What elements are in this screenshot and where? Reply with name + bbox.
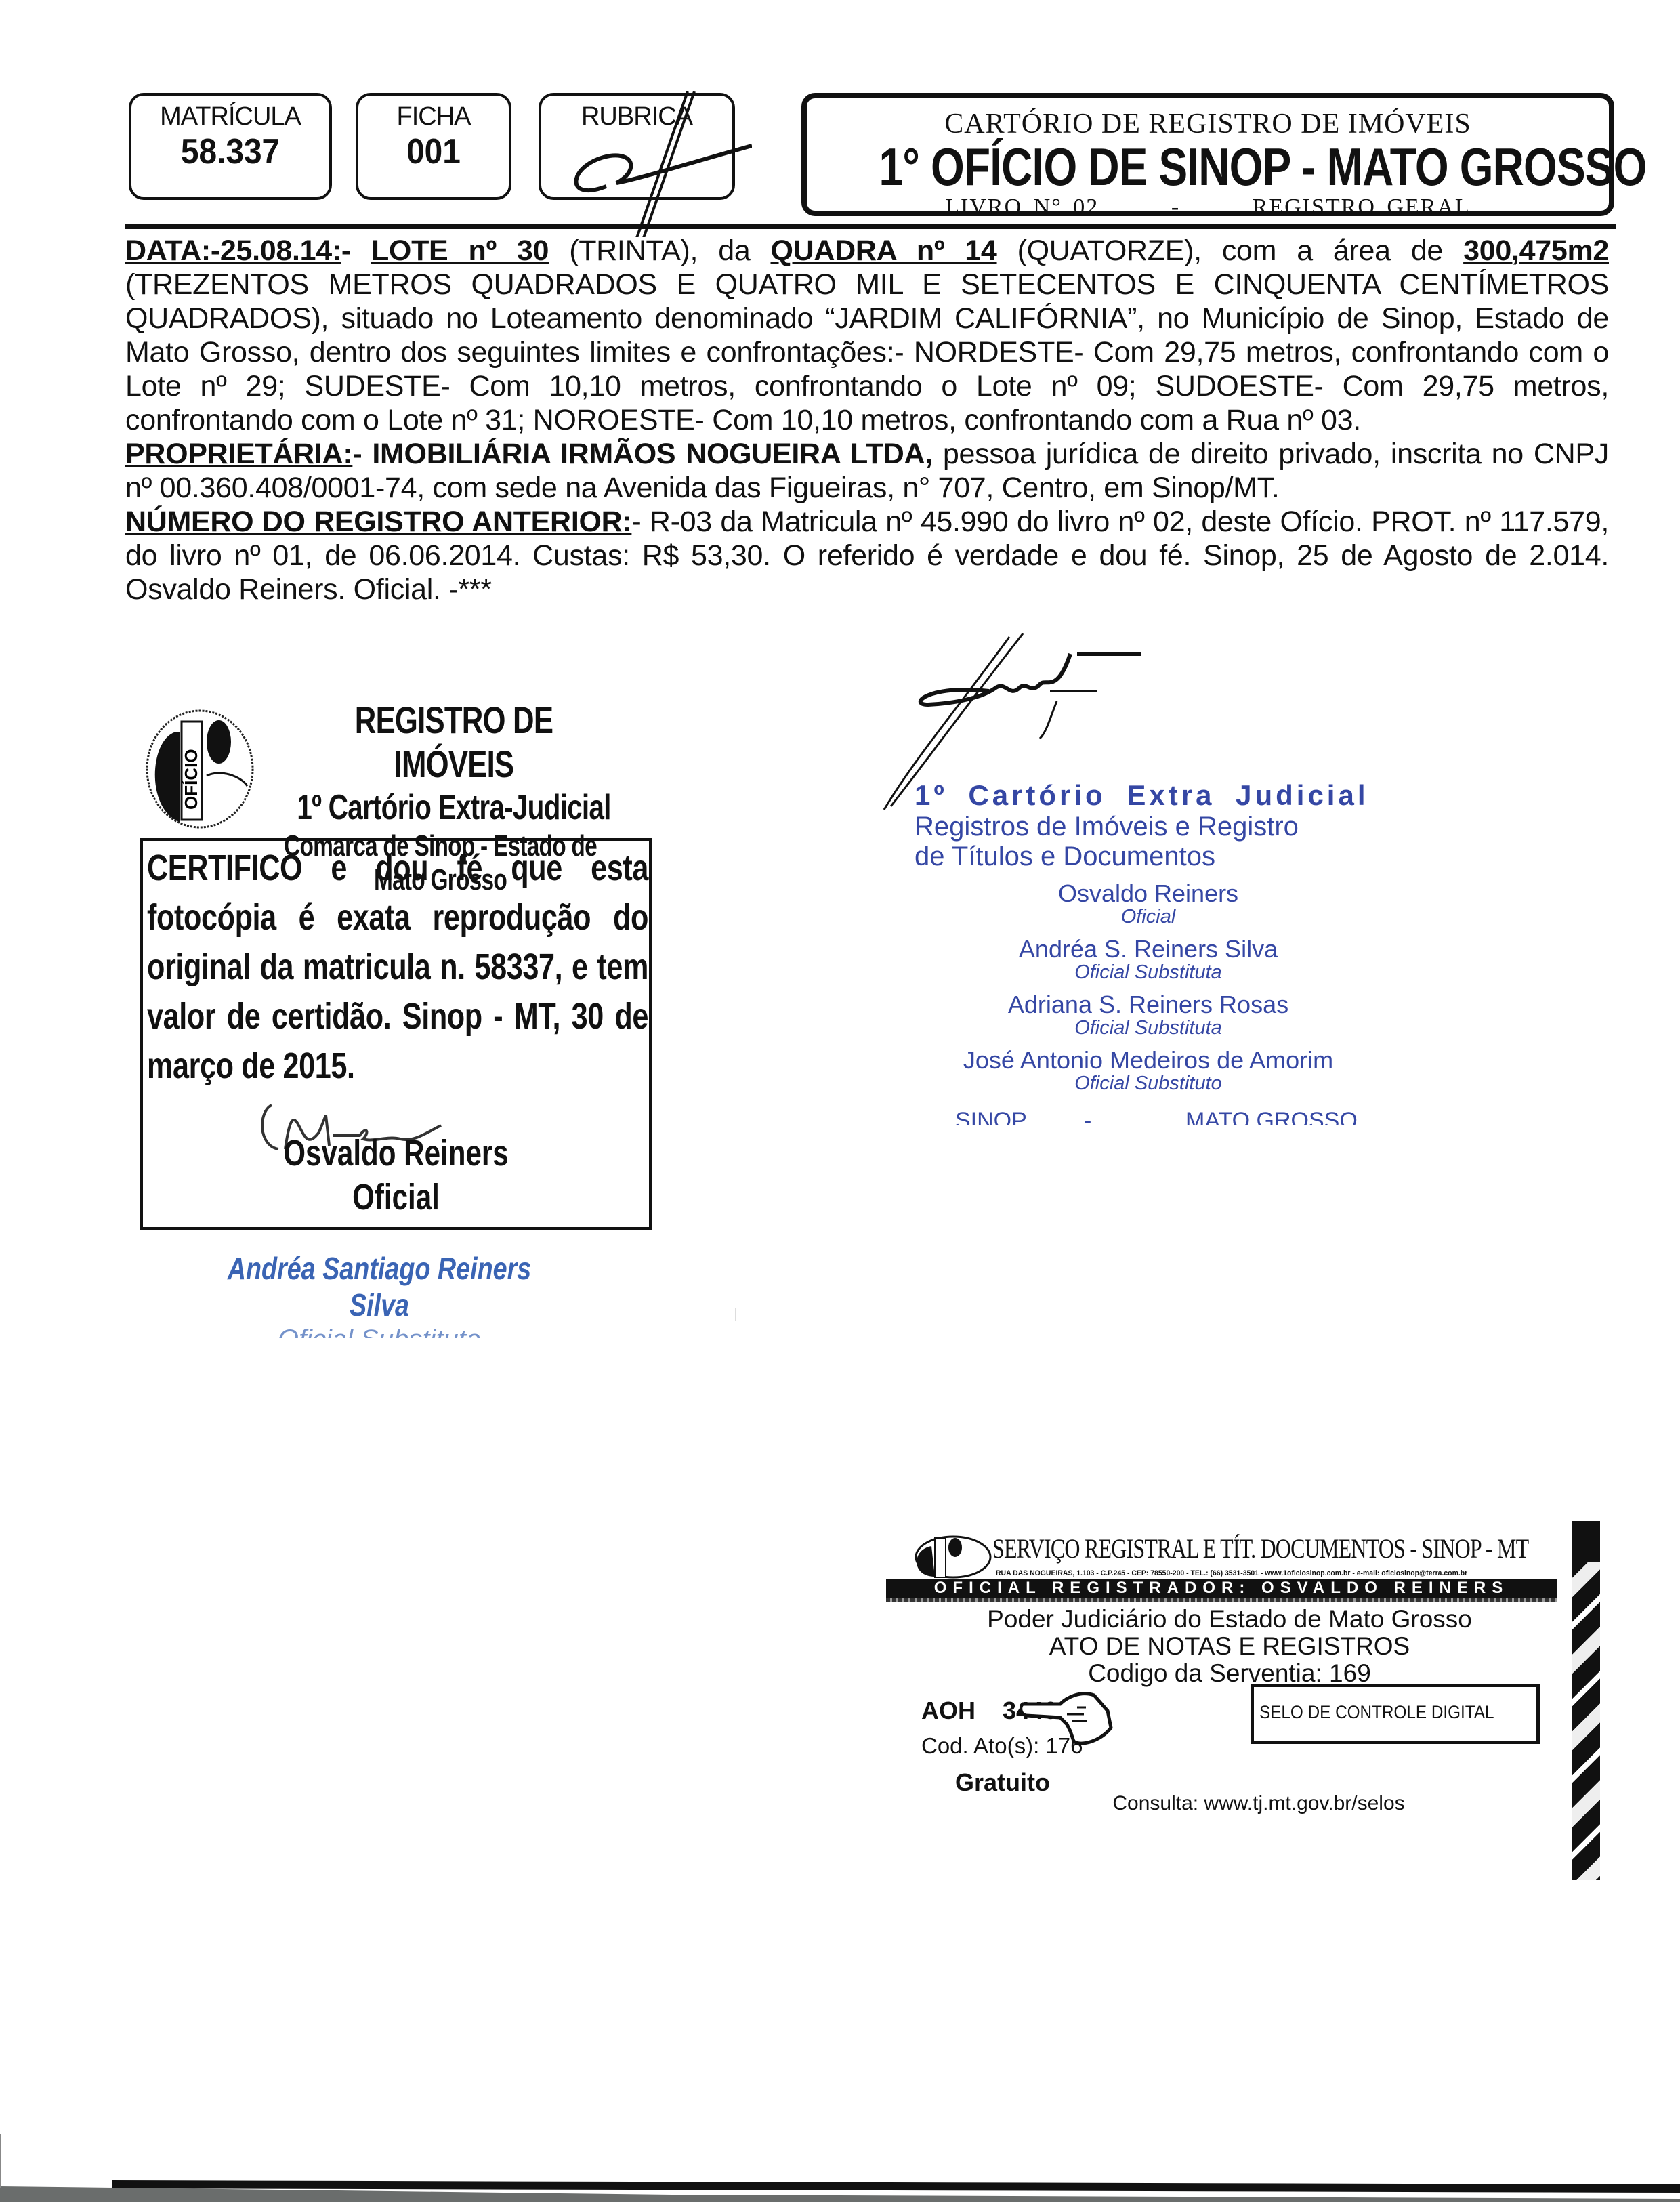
registro-anterior-label: NÚMERO DO REGISTRO ANTERIOR: [125,505,631,538]
blue-stamp-person-name: Osvaldo Reiners [915,881,1382,907]
quadra-label: QUADRA nº 14 [771,234,997,267]
blue-stamp-person-role: Oficial Substituta [915,962,1382,982]
ficha-value: 001 [364,131,503,172]
livro-sep: - [1171,194,1180,220]
area-value: 300,475m2 [1463,234,1609,267]
ficha-label: FICHA [358,102,509,131]
blue-stamp-line3: de Títulos e Documentos [915,842,1382,871]
seal-title: SERVIÇO REGISTRAL E TÍT. DOCUMENTOS - SI… [992,1533,1528,1564]
selo-header: Poder Judiciário do Estado de Mato Gross… [901,1606,1558,1687]
blue-stamp-person-role: Oficial Substituta [915,1018,1382,1038]
registry-title-box: CARTÓRIO DE REGISTRO DE IMÓVEIS 1° OFÍCI… [801,93,1614,216]
text-run: (TRINTA), da [549,234,770,267]
registry-title-line2: 1° OFÍCIO DE SINOP - MATO GROSSO [879,140,1537,193]
owner-name: IMOBILIÁRIA IRMÃOS NOGUEIRA LTDA, [372,438,933,470]
registro-geral-label: REGISTRO GERAL [1253,194,1471,220]
seal-officer-bar: OFICIAL REGISTRADOR: OSVALDO REINERS [886,1579,1557,1598]
seal-address: RUA DAS NOGUEIRAS, 1.103 - C.P.245 - CEP… [996,1569,1467,1577]
oficio-seal-logo-icon [904,1533,992,1581]
certificate-box: CERTIFICO e dou fé que esta fotocópia é … [140,838,652,1230]
pointing-hand-icon [1020,1687,1114,1748]
registry-paragraph-previous: NÚMERO DO REGISTRO ANTERIOR:- R-03 da Ma… [125,505,1609,606]
left-stamp-line2: 1º Cartório Extra-Judicial [295,787,612,828]
blue-stamp-person-name: José Antonio Medeiros de Amorim [915,1047,1382,1073]
blue-stamp-person-role: Oficial [915,907,1382,927]
oficio-logo-icon: OFÍCIO [139,708,254,830]
svg-text:OFÍCIO: OFÍCIO [181,749,201,810]
blue-stamp-sep: - [1084,1107,1091,1125]
header-divider [125,224,1616,229]
selo-digital-box: SELO DE CONTROLE DIGITAL [1251,1684,1540,1744]
seal-divider [886,1598,1557,1602]
text-run: (TREZENTOS METROS QUADRADOS E QUATRO MIL… [125,268,1609,436]
selo-serventia: Codigo da Serventia: 169 [901,1660,1558,1687]
registry-paragraph-property: DATA:-25.08.14:- LOTE nº 30 (TRINTA), da… [125,234,1609,437]
registry-title-line1: CARTÓRIO DE REGISTRO DE IMÓVEIS [807,108,1609,140]
blue-stamp-person-name: Andréa S. Reiners Silva [915,936,1382,962]
ficha-box: FICHA 001 [356,93,511,200]
blue-stamp-line1: 1º Cartório Extra Judicial [915,779,1382,812]
text-run: (QUATORZE), com a área de [997,234,1464,267]
andrea-stamp: Andréa Santiago Reiners Silva Oficial Su… [169,1250,589,1338]
matricula-box: MATRÍCULA 58.337 [129,93,332,200]
security-strip [1572,1521,1600,1880]
matricula-label: MATRÍCULA [131,102,329,131]
rubrica-label: RUBRICA [541,102,732,131]
lote-label: LOTE nº 30 [371,234,549,267]
blue-stamp-state: MATO GROSSO [1185,1107,1358,1125]
data-label: DATA:-25.08.14: [125,234,341,267]
andrea-stamp-name: Andréa Santiago Reiners Silva [207,1250,551,1323]
left-stamp-line1: REGISTRO DE IMÓVEIS [295,698,612,786]
livro-label: LIVRO N° 02 [945,194,1099,220]
selo-poder: Poder Judiciário do Estado de Mato Gross… [901,1606,1558,1633]
certificate-signer-name: Osvaldo Reiners [198,1132,593,1174]
blue-stamp-person-name: Adriana S. Reiners Rosas [915,992,1382,1018]
blue-stamp-city: SINOP [955,1107,1027,1125]
certificate-signer-role: Oficial [198,1176,593,1218]
proprietaria-label: PROPRIETÁRIA: [125,438,352,470]
blue-stamp-line2: Registros de Imóveis e Registro [915,812,1382,842]
registry-body: DATA:-25.08.14:- LOTE nº 30 (TRINTA), da… [125,234,1609,606]
selo-consulta: Consulta: www.tj.mt.gov.br/selos [978,1792,1540,1815]
registry-paragraph-owner: PROPRIETÁRIA:- IMOBILIÁRIA IRMÃOS NOGUEI… [125,437,1609,505]
matricula-value: 58.337 [140,131,322,172]
blue-stamp-footer: SINOP - MATO GROSSO [955,1107,1375,1125]
blue-stamp-person-role: Oficial Substituto [915,1073,1382,1094]
blue-notary-stamp: 1º Cartório Extra Judicial Registros de … [915,779,1382,1094]
selo-digital-label: SELO DE CONTROLE DIGITAL [1259,1702,1494,1723]
rubrica-box: RUBRICA [539,93,735,200]
andrea-stamp-role: Oficial Substituta [169,1325,589,1338]
scan-edge-left [0,2134,1,2188]
selo-ato: ATO DE NOTAS E REGISTROS [901,1633,1558,1660]
sep: - [341,234,371,267]
certificate-text: CERTIFICO e dou fé que esta fotocópia é … [147,844,648,1091]
scan-mark [735,1308,736,1321]
sep: - [352,438,372,470]
registry-title-line3: LIVRO N° 02 - REGISTRO GERAL [807,194,1609,220]
security-strip-top [1572,1521,1600,1562]
